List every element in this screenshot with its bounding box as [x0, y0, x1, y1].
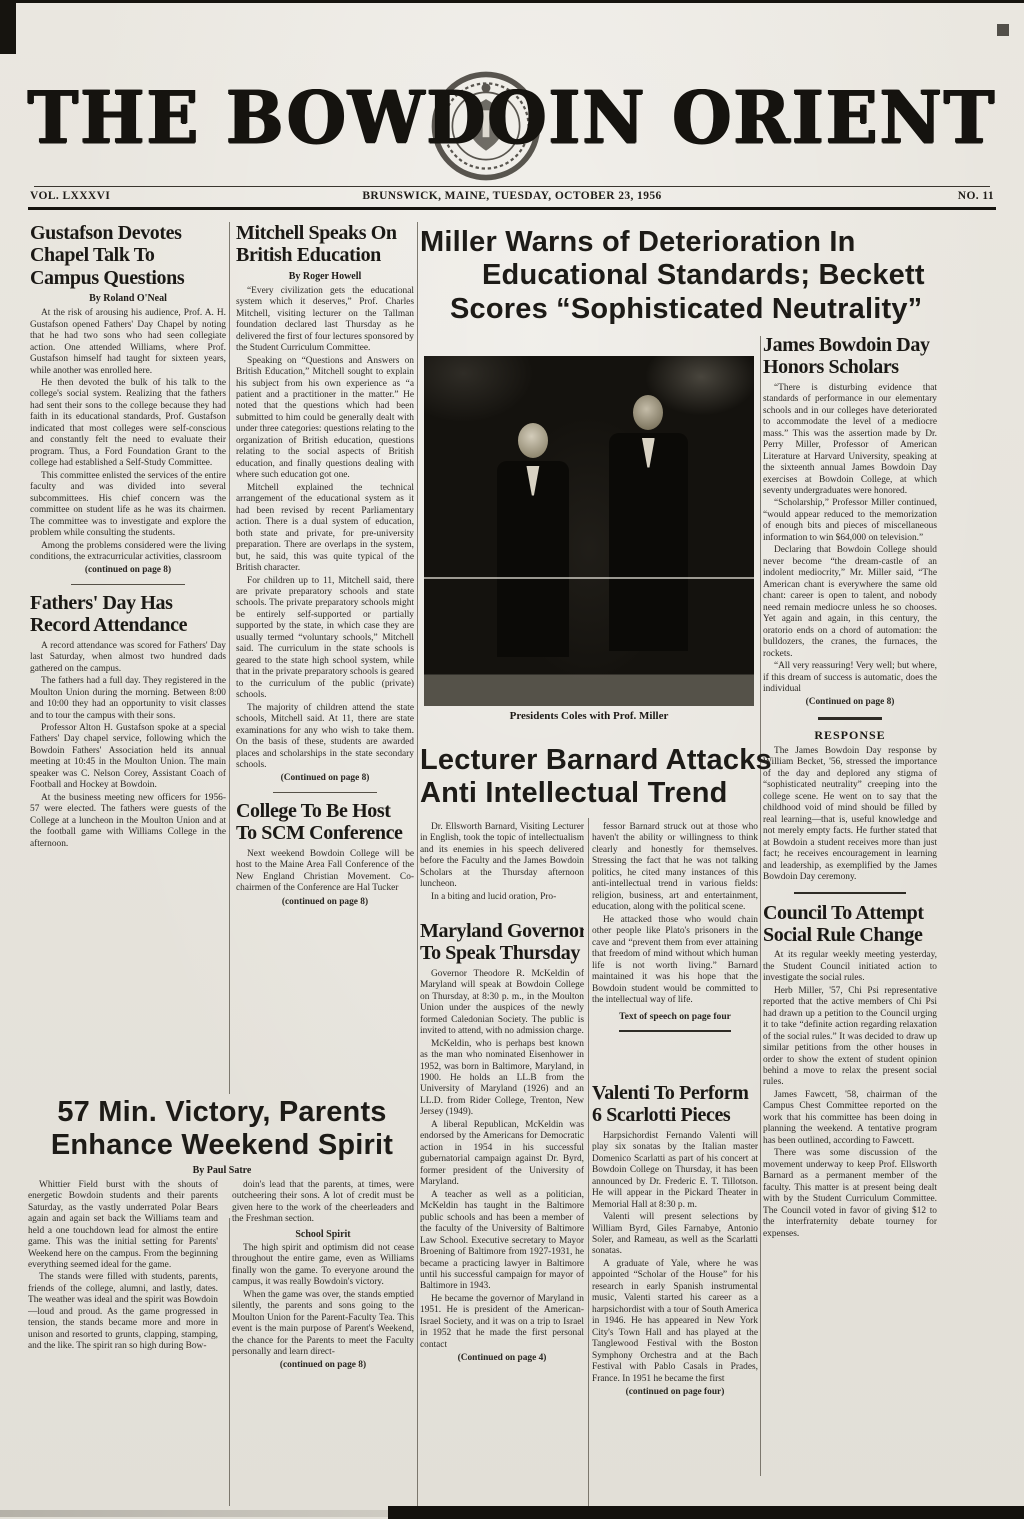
volume-label: VOL. LXXXVI: [30, 190, 190, 202]
continued-notice: (continued on page four): [592, 1387, 758, 1398]
victory-column-left: Whittier Field burst with the shouts of …: [28, 1180, 218, 1374]
news-photo: [424, 356, 754, 706]
headline-line: Chapel Talk To: [30, 244, 226, 266]
article-victory-weekend: 57 Min. Victory, Parents Enhance Weekend…: [28, 1096, 416, 1508]
headline-line: 57 Min. Victory, Parents: [28, 1096, 416, 1129]
newspaper-front-page: THE BOWDOIN ORIENT VOL. LXXXVI BRUNSWICK…: [0, 0, 1024, 1519]
paragraph: Professor Alton H. Gustafson spoke at a …: [30, 723, 226, 792]
paragraph: The fathers had a full day. They registe…: [30, 676, 226, 722]
article-body: A record attendance was scored for Fathe…: [30, 641, 226, 850]
scan-artifact-bottom-shadow: [0, 1510, 388, 1517]
headline-line: Educational Standards; Beckett: [482, 259, 960, 292]
article-body: The James Bowdoin Day response by Willia…: [763, 746, 937, 884]
article-headline: Council To Attempt Social Rule Change: [763, 902, 937, 947]
issue-number: NO. 11: [834, 190, 994, 202]
paragraph: A graduate of Yale, where he was appoint…: [592, 1259, 758, 1385]
paragraph: When the game was over, the stands empti…: [232, 1290, 414, 1359]
paragraph: The James Bowdoin Day response by Willia…: [763, 746, 937, 884]
headline-line: Honors Scholars: [763, 356, 937, 378]
article-scm-conference: College To Be Host To SCM Conference Nex…: [236, 800, 414, 908]
subheading: School Spirit: [232, 1229, 414, 1241]
photo-face: [518, 423, 548, 458]
column-5: James Bowdoin Day Honors Scholars “There…: [763, 334, 937, 1476]
paragraph: For children up to 11, Mitchell said, th…: [236, 576, 414, 702]
paragraph: McKeldin, who is perhaps best known as t…: [420, 1039, 584, 1119]
article-james-bowdoin-day: James Bowdoin Day Honors Scholars “There…: [763, 334, 937, 709]
paragraph: At the business meeting new officers for…: [30, 793, 226, 850]
article-body: At its regular weekly meeting yesterday,…: [763, 950, 937, 1240]
continued-notice: (Continued on page 8): [763, 697, 937, 708]
paragraph: Speaking on “Questions and Answers on Br…: [236, 356, 414, 482]
see-page-note: Text of speech on page four: [592, 1011, 758, 1023]
paragraph: This committee enlisted the services of …: [30, 471, 226, 540]
dateline-bar: VOL. LXXXVI BRUNSWICK, MAINE, TUESDAY, O…: [30, 190, 994, 202]
headline-line: College To Be Host: [236, 800, 414, 822]
article-headline: Mitchell Speaks On British Education: [236, 222, 414, 267]
scan-artifact-bottom-bar: [388, 1506, 1024, 1519]
photo-figure-right: [609, 395, 688, 675]
headline-line: 6 Scarlotti Pieces: [592, 1104, 758, 1126]
article-response: RESPONSE The James Bowdoin Day response …: [763, 728, 937, 884]
scan-artifact-corner: [0, 0, 16, 54]
article-valenti-concert: Valenti To Perform 6 Scarlotti Pieces Ha…: [592, 1082, 758, 1512]
paragraph: fessor Barnard struck out at those who h…: [592, 822, 758, 914]
paragraph: “Scholarship,” Professor Miller continue…: [763, 498, 937, 544]
paragraph: Valenti will present selections by Willi…: [592, 1212, 758, 1258]
continued-notice: (continued on page 8): [236, 897, 414, 908]
scan-artifact-top-line: [0, 0, 1024, 3]
headline-line: Gustafson Devotes: [30, 222, 226, 244]
paragraph: He then devoted the bulk of his talk to …: [30, 378, 226, 470]
article-body: “There is disturbing evidence that stand…: [763, 383, 937, 709]
paragraph: In a biting and lucid oration, Pro-: [420, 892, 584, 903]
continued-notice: (Continued on page 8): [236, 773, 414, 784]
story-divider: [71, 584, 185, 585]
paragraph: Herb Miller, '57, Chi Psi representative…: [763, 986, 937, 1089]
headline-line: Maryland Governor: [420, 920, 584, 942]
story-divider: [794, 892, 906, 894]
lead-headline-miller: Miller Warns of Deterioration In Educati…: [420, 226, 960, 326]
story-divider: [818, 717, 882, 720]
dateline-text: BRUNSWICK, MAINE, TUESDAY, OCTOBER 23, 1…: [190, 190, 834, 202]
headline-barnard: Lecturer Barnard Attacks Anti Intellectu…: [420, 744, 768, 811]
paragraph: The stands were filled with students, pa…: [28, 1272, 218, 1352]
scan-scratch-line: [424, 577, 754, 579]
article-body: At the risk of arousing his audience, Pr…: [30, 308, 226, 577]
article-body: Next weekend Bowdoin College will be hos…: [236, 849, 414, 908]
headline-line: Scores “Sophisticated Neutrality”: [450, 293, 960, 326]
paragraph: “All very reassuring! Very well; but whe…: [763, 661, 937, 695]
paragraph: A liberal Republican, McKeldin was endor…: [420, 1120, 584, 1189]
dateline-rule-bottom: [28, 207, 996, 210]
paragraph: James Fawcett, '58, chairman of the Camp…: [763, 1090, 937, 1147]
paragraph: “There is disturbing evidence that stand…: [763, 383, 937, 498]
article-headline: Gustafson Devotes Chapel Talk To Campus …: [30, 222, 226, 289]
column-rule: [588, 818, 589, 1508]
headline-line: Anti Intellectual Trend: [420, 777, 768, 810]
headline-line: Fathers' Day Has: [30, 592, 226, 614]
paragraph: doin's lead that the parents, at times, …: [232, 1180, 414, 1226]
column-rule: [417, 222, 418, 1506]
paragraph: Governor Theodore R. McKeldin of Marylan…: [420, 969, 584, 1038]
article-headline: Valenti To Perform 6 Scarlotti Pieces: [592, 1082, 758, 1127]
photo-figure-left: [497, 423, 570, 675]
headline-line: Enhance Weekend Spirit: [28, 1129, 416, 1162]
photo-shirt: [526, 466, 539, 496]
article-body: “Every civilization gets the educational…: [236, 286, 414, 785]
paragraph: There was some discussion of the movemen…: [763, 1148, 937, 1240]
article-fathers-day: Fathers' Day Has Record Attendance A rec…: [30, 592, 226, 850]
headline-line: Record Attendance: [30, 614, 226, 636]
article-maryland-governor: Maryland Governor To Speak Thursday Gove…: [420, 920, 584, 1516]
two-column-body: Whittier Field burst with the shouts of …: [28, 1180, 416, 1374]
article-headline: 57 Min. Victory, Parents Enhance Weekend…: [28, 1096, 416, 1163]
paragraph: The high spirit and optimism did not cea…: [232, 1243, 414, 1289]
story-divider: [619, 1030, 731, 1032]
paragraph: Declaring that Bowdoin College should ne…: [763, 545, 937, 660]
paragraph: Next weekend Bowdoin College will be hos…: [236, 849, 414, 895]
byline: By Paul Satre: [28, 1165, 416, 1176]
scan-artifact-mark: [997, 24, 1009, 36]
article-headline: James Bowdoin Day Honors Scholars: [763, 334, 937, 379]
headline-line: To Speak Thursday: [420, 942, 584, 964]
article-council-social-rules: Council To Attempt Social Rule Change At…: [763, 902, 937, 1241]
column-rule: [760, 336, 761, 1476]
headline-line: British Education: [236, 244, 414, 266]
paragraph: A teacher as well as a politician, McKel…: [420, 1190, 584, 1293]
article-headline: RESPONSE: [763, 728, 937, 743]
photo-face: [633, 395, 663, 430]
paragraph: Among the problems considered were the l…: [30, 541, 226, 564]
paragraph: “Every civilization gets the educational…: [236, 286, 414, 355]
barnard-column-left: Dr. Ellsworth Barnard, Visiting Lecturer…: [420, 822, 584, 918]
paragraph: At the risk of arousing his audience, Pr…: [30, 308, 226, 377]
column-rule: [229, 222, 230, 1094]
paragraph: Dr. Ellsworth Barnard, Visiting Lecturer…: [420, 822, 584, 891]
story-divider: [273, 792, 376, 793]
headline-line: Social Rule Change: [763, 924, 937, 946]
paragraph: He became the governor of Maryland in 19…: [420, 1294, 584, 1351]
paragraph: The majority of children attend the stat…: [236, 703, 414, 772]
photo-caption: Presidents Coles with Prof. Miller: [424, 710, 754, 722]
paragraph: A record attendance was scored for Fathe…: [30, 641, 226, 675]
column-1: Gustafson Devotes Chapel Talk To Campus …: [30, 222, 226, 1092]
continued-notice: (continued on page 8): [232, 1360, 414, 1371]
masthead: THE BOWDOIN ORIENT: [0, 84, 1024, 152]
newspaper-title: THE BOWDOIN ORIENT: [0, 82, 1024, 154]
dateline-rule-top: [34, 186, 990, 187]
headline-line: Miller Warns of Deterioration In: [420, 226, 960, 259]
continued-notice: (Continued on page 4): [420, 1353, 584, 1364]
paragraph: At its regular weekly meeting yesterday,…: [763, 950, 937, 984]
headline-line: Lecturer Barnard Attacks: [420, 744, 768, 777]
column-2: Mitchell Speaks On British Education By …: [236, 222, 414, 1092]
byline: By Roland O'Neal: [30, 293, 226, 304]
continued-notice: (continued on page 8): [30, 565, 226, 576]
headline-line: Mitchell Speaks On: [236, 222, 414, 244]
byline: By Roger Howell: [236, 271, 414, 282]
victory-column-right: doin's lead that the parents, at times, …: [232, 1180, 414, 1374]
paragraph: Mitchell explained the technical arrange…: [236, 483, 414, 575]
article-body: Governor Theodore R. McKeldin of Marylan…: [420, 969, 584, 1365]
article-body: Harpsichordist Fernando Valenti will pla…: [592, 1131, 758, 1399]
article-headline: Maryland Governor To Speak Thursday: [420, 920, 584, 965]
article-headline: College To Be Host To SCM Conference: [236, 800, 414, 845]
paragraph: Whittier Field burst with the shouts of …: [28, 1180, 218, 1272]
paragraph: He attacked those who would chain other …: [592, 915, 758, 1007]
headline-line: Council To Attempt: [763, 902, 937, 924]
headline-line: To SCM Conference: [236, 822, 414, 844]
article-headline: Fathers' Day Has Record Attendance: [30, 592, 226, 637]
barnard-column-right: fessor Barnard struck out at those who h…: [592, 822, 758, 1078]
headline-line: James Bowdoin Day: [763, 334, 937, 356]
photo-shirt: [642, 438, 655, 468]
headline-line: Valenti To Perform: [592, 1082, 758, 1104]
paragraph: Harpsichordist Fernando Valenti will pla…: [592, 1131, 758, 1211]
photo-torso: [609, 433, 688, 651]
headline-line: Campus Questions: [30, 267, 226, 289]
article-gustafson-chapel-talk: Gustafson Devotes Chapel Talk To Campus …: [30, 222, 226, 577]
article-mitchell-british-education: Mitchell Speaks On British Education By …: [236, 222, 414, 785]
photo-torso: [497, 461, 570, 658]
